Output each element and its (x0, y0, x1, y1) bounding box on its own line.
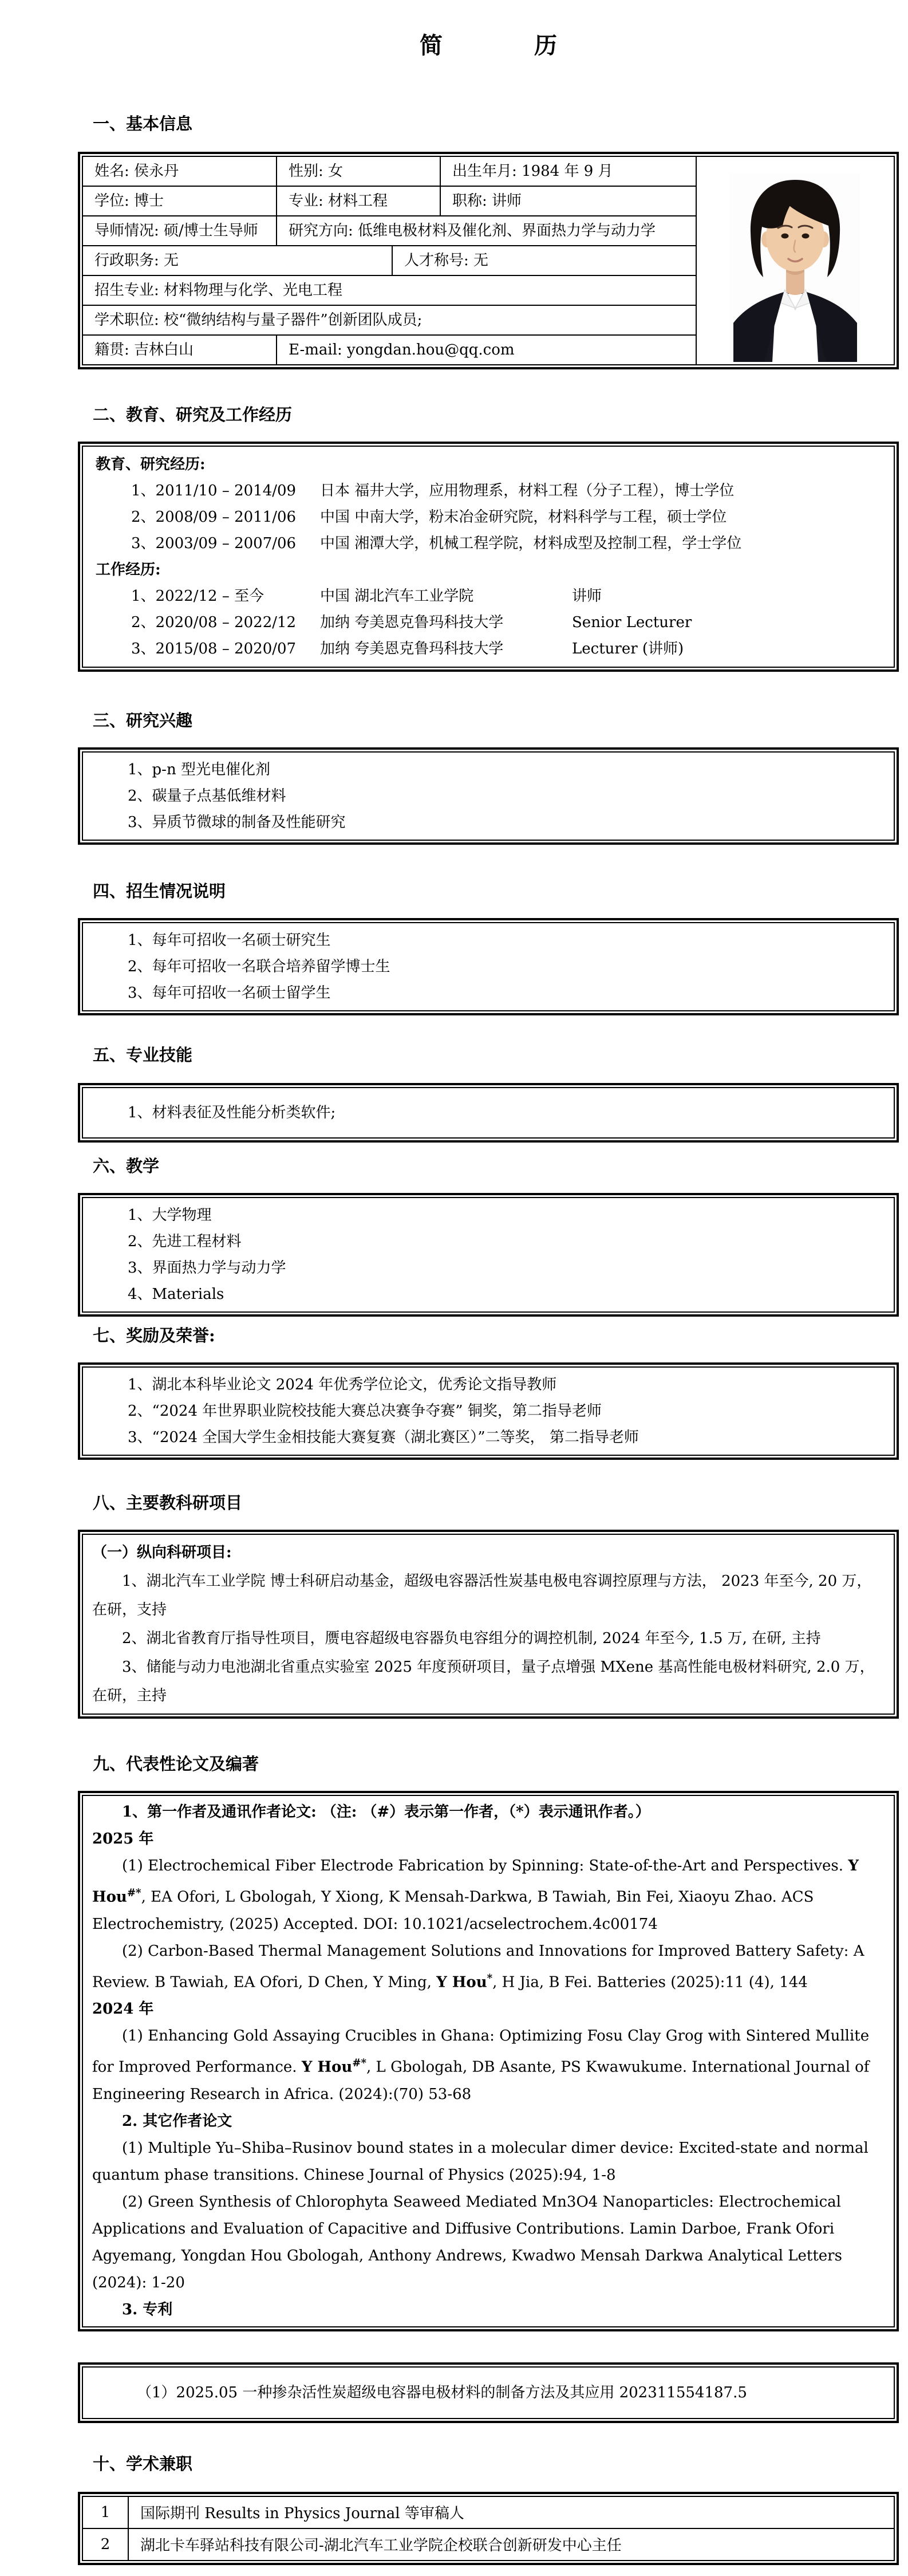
list-item: 1、大学物理 (128, 1202, 882, 1228)
education-item: 3、2003/09 – 2007/06 中国 湘潭大学，机械工程学院，材料成型及… (91, 530, 886, 557)
work-label: 工作经历: (91, 557, 886, 583)
table-row: 2 湖北卡车驿站科技有限公司-湖北汽车工业学院企校联合创新研发中心主任 (83, 2529, 894, 2560)
work-org: 中国 湖北汽车工业学院 (320, 583, 572, 609)
projects-subheading: （一）纵向科研项目: (92, 1538, 885, 1567)
list-item: 1、湖北本科毕业论文 2024 年优秀学位论文，优秀论文指导教师 (128, 1372, 882, 1398)
table-row: 行政职务: 无 人才称号: 无 (83, 246, 696, 276)
list-item: 3、界面热力学与动力学 (128, 1255, 882, 1281)
section-heading-basic-info: 一、基本信息 (93, 113, 899, 135)
cell-degree: 学位: 博士 (83, 187, 277, 215)
cell-gender: 性别: 女 (277, 157, 441, 186)
cell-birth: 出生年月: 1984 年 9 月 (441, 157, 696, 186)
section-heading-awards: 七、奖励及荣誉: (93, 1325, 899, 1346)
section-heading-projects: 八、主要教科研项目 (93, 1492, 899, 1514)
cell-enroll-majors: 招生专业: 材料物理与化学、光电工程 (83, 276, 696, 305)
patent-item: （1）2025.05 一种掺杂活性炭超级电容器电极材料的制备方法及其应用 202… (92, 2379, 885, 2406)
cell-research-direction: 研究方向: 低维电极材料及催化剂、界面热力学与动力学 (277, 216, 696, 245)
experience-box: 教育、研究经历: 1、2011/10 – 2014/09 日本 福井大学，应用物… (78, 442, 899, 672)
education-desc: 中国 湘潭大学，机械工程学院，材料成型及控制工程，学士学位 (320, 530, 886, 557)
work-item: 1、2022/12 – 至今 中国 湖北汽车工业学院 讲师 (91, 583, 886, 609)
section-heading-enrollment: 四、招生情况说明 (93, 880, 899, 902)
section-heading-publications: 九、代表性论文及编著 (93, 1753, 899, 1775)
work-role: 讲师 (572, 583, 886, 609)
other-authors-label: 2. 其它作者论文 (92, 2108, 885, 2135)
publications-box: 1、第一作者及通讯作者论文: （注: （#）表示第一作者，（*）表示通讯作者。）… (78, 1791, 899, 2331)
table-row: 学位: 博士 专业: 材料工程 职称: 讲师 (83, 187, 696, 216)
education-item: 2、2008/09 – 2011/06 中国 中南大学，粉末冶金研究院，材料科学… (91, 504, 886, 530)
skills-box: 1、材料表征及性能分析类软件; (78, 1083, 899, 1143)
education-item: 1、2011/10 – 2014/09 日本 福井大学，应用物理系，材料工程（分… (91, 478, 886, 504)
table-row: 籍贯: 吉林白山 E-mail: yongdan.hou@qq.com (83, 336, 696, 364)
table-row: 学术职位: 校“微纳结构与量子器件”创新团队成员; (83, 306, 696, 336)
year-label-2025: 2025 年 (92, 1826, 885, 1853)
publication-item: (2) Carbon-Based Thermal Management Solu… (92, 1938, 885, 1996)
cell-email: E-mail: yongdan.hou@qq.com (277, 336, 696, 364)
cell-supervisor: 导师情况: 硕/博士生导师 (83, 216, 277, 245)
list-item: 4、Materials (128, 1281, 882, 1307)
basic-info-table: 姓名: 侯永丹 性别: 女 出生年月: 1984 年 9 月 学位: 博士 专业… (83, 157, 894, 364)
education-period: 2、2008/09 – 2011/06 (131, 504, 320, 530)
year-label-2024: 2024 年 (92, 1996, 885, 2023)
project-item: 2、湖北省教育厅指导性项目，赝电容超级电容器负电容组分的调控机制, 2024 年… (92, 1624, 885, 1653)
education-label: 教育、研究经历: (91, 451, 886, 478)
first-author-label: 1、第一作者及通讯作者论文: （注: （#）表示第一作者，（*）表示通讯作者。） (92, 1799, 885, 1826)
service-row-text: 湖北卡车驿站科技有限公司-湖北汽车工业学院企校联合创新研发中心主任 (129, 2529, 894, 2560)
interests-box: 1、p-n 型光电催化剂 2、碳量子点基低维材料 3、异质节微球的制备及性能研究 (78, 747, 899, 845)
education-desc: 日本 福井大学，应用物理系，材料工程（分子工程），博士学位 (320, 478, 886, 504)
table-row: 导师情况: 硕/博士生导师 研究方向: 低维电极材料及催化剂、界面热力学与动力学 (83, 216, 696, 246)
cell-hometown: 籍贯: 吉林白山 (83, 336, 277, 364)
teaching-box: 1、大学物理 2、先进工程材料 3、界面热力学与动力学 4、Materials (78, 1193, 899, 1317)
table-row: 1 国际期刊 Results in Physics Journal 等审稿人 (83, 2497, 894, 2529)
list-item: 1、p-n 型光电催化剂 (128, 757, 882, 783)
projects-box: （一）纵向科研项目: 1、湖北汽车工业学院 博士科研启动基金，超级电容器活性炭基… (78, 1530, 899, 1719)
work-org: 加纳 夸美恩克鲁玛科技大学 (320, 636, 572, 662)
cell-talent-title: 人才称号: 无 (393, 246, 696, 275)
service-row-text: 国际期刊 Results in Physics Journal 等审稿人 (129, 2497, 894, 2528)
list-item: 2、每年可招收一名联合培养留学博士生 (128, 954, 882, 980)
service-row-number: 1 (83, 2497, 129, 2528)
profile-photo (730, 173, 860, 362)
service-row-number: 2 (83, 2529, 129, 2560)
list-item: 2、先进工程材料 (128, 1228, 882, 1255)
table-row: 招生专业: 材料物理与化学、光电工程 (83, 276, 696, 306)
work-org: 加纳 夸美恩克鲁玛科技大学 (320, 609, 572, 636)
page-title: 简 历 (78, 31, 899, 60)
list-item: 2、“2024 年世界职业院校技能大赛总决赛争夺赛” 铜奖，第二指导老师 (128, 1398, 882, 1424)
list-item: 1、每年可招收一名硕士研究生 (128, 927, 882, 954)
cell-prof-title: 职称: 讲师 (441, 187, 696, 215)
enrollment-box: 1、每年可招收一名硕士研究生 2、每年可招收一名联合培养留学博士生 3、每年可招… (78, 918, 899, 1015)
patent-label: 3. 专利 (92, 2297, 885, 2323)
list-item: 1、材料表征及性能分析类软件; (128, 1100, 882, 1126)
section-heading-teaching: 六、教学 (93, 1155, 899, 1177)
work-item: 2、2020/08 – 2022/12 加纳 夸美恩克鲁玛科技大学 Senior… (91, 609, 886, 636)
list-item: 2、碳量子点基低维材料 (128, 783, 882, 809)
list-item: 3、每年可招收一名硕士留学生 (128, 980, 882, 1006)
work-period: 2、2020/08 – 2022/12 (131, 609, 320, 636)
work-role: Lecturer (讲师) (572, 636, 886, 662)
publication-item: (1) Enhancing Gold Assaying Crucibles in… (92, 2023, 885, 2108)
profile-photo-cell (696, 157, 894, 364)
basic-info-frame: 姓名: 侯永丹 性别: 女 出生年月: 1984 年 9 月 学位: 博士 专业… (78, 152, 899, 369)
list-item: 3、异质节微球的制备及性能研究 (128, 809, 882, 836)
cell-major: 专业: 材料工程 (277, 187, 441, 215)
education-desc: 中国 中南大学，粉末冶金研究院，材料科学与工程，硕士学位 (320, 504, 886, 530)
project-item: 1、湖北汽车工业学院 博士科研启动基金，超级电容器活性炭基电极电容调控原理与方法… (92, 1567, 885, 1624)
cell-academic-post: 学术职位: 校“微纳结构与量子器件”创新团队成员; (83, 306, 696, 334)
work-role: Senior Lecturer (572, 609, 886, 636)
project-item: 3、储能与动力电池湖北省重点实验室 2025 年度预研项目，量子点增强 MXen… (92, 1653, 885, 1710)
patent-box: （1）2025.05 一种掺杂活性炭超级电容器电极材料的制备方法及其应用 202… (78, 2362, 899, 2423)
education-period: 3、2003/09 – 2007/06 (131, 530, 320, 557)
section-heading-skills: 五、专业技能 (93, 1044, 899, 1066)
publication-item: (1) Multiple Yu–Shiba–Rusinov bound stat… (92, 2135, 885, 2189)
cell-admin-post: 行政职务: 无 (83, 246, 393, 275)
education-period: 1、2011/10 – 2014/09 (131, 478, 320, 504)
section-heading-service: 十、学术兼职 (93, 2453, 899, 2475)
publication-item: (1) Electrochemical Fiber Electrode Fabr… (92, 1853, 885, 1938)
cv-page: 简 历 一、基本信息 姓名: 侯永丹 性别: 女 出生年月: 1984 年 9 … (0, 0, 908, 2576)
work-item: 3、2015/08 – 2020/07 加纳 夸美恩克鲁玛科技大学 Lectur… (91, 636, 886, 662)
publication-item: (2) Green Synthesis of Chlorophyta Seawe… (92, 2189, 885, 2297)
table-row: 姓名: 侯永丹 性别: 女 出生年月: 1984 年 9 月 (83, 157, 696, 187)
service-table-frame: 1 国际期刊 Results in Physics Journal 等审稿人 2… (78, 2492, 899, 2565)
work-period: 3、2015/08 – 2020/07 (131, 636, 320, 662)
awards-box: 1、湖北本科毕业论文 2024 年优秀学位论文，优秀论文指导教师 2、“2024… (78, 1362, 899, 1460)
list-item: 3、“2024 全国大学生金相技能大赛复赛（湖北赛区）”二等奖， 第二指导老师 (128, 1424, 882, 1451)
work-period: 1、2022/12 – 至今 (131, 583, 320, 609)
cell-name: 姓名: 侯永丹 (83, 157, 277, 186)
section-heading-experience: 二、教育、研究及工作经历 (93, 404, 899, 426)
section-heading-interests: 三、研究兴趣 (93, 710, 899, 731)
